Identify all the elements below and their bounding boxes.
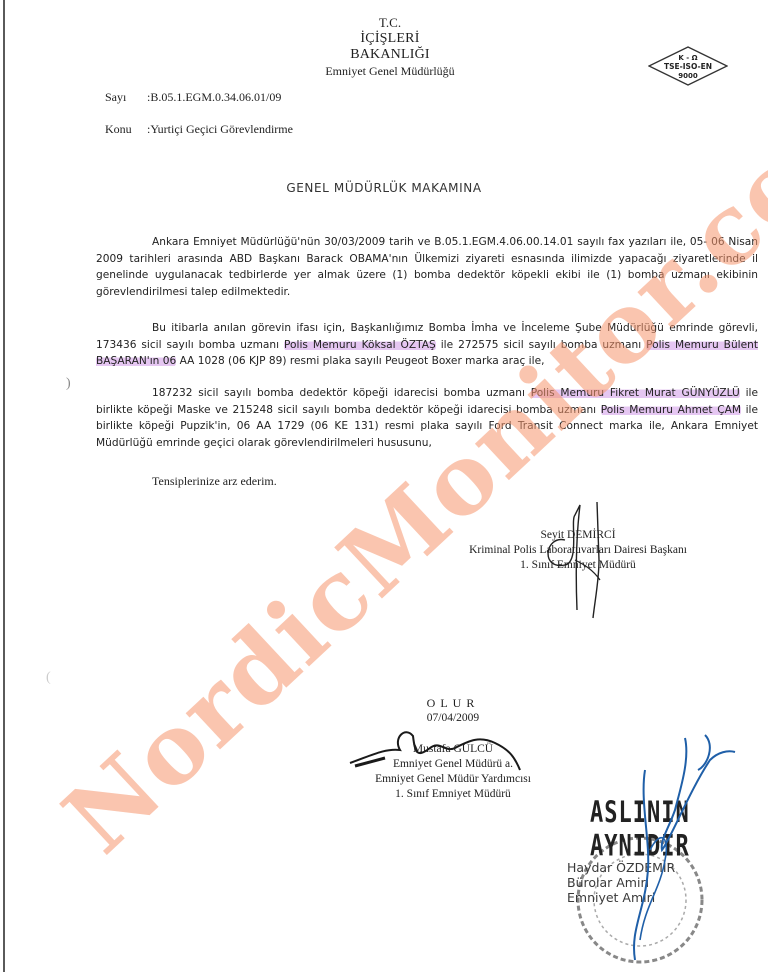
approver-title-1: Emniyet Genel Müdürü a. xyxy=(348,757,558,772)
approver-title-2: Emniyet Genel Müdür Yardımcısı xyxy=(348,772,558,787)
tse-iso-certification-logo-icon: K - Ω TSE-ISO-EN 9000 xyxy=(648,46,728,86)
highlighted-officer-name: Polis Memuru Köksal ÖZTAŞ xyxy=(284,339,436,351)
scan-artifact: ( xyxy=(46,670,51,686)
subject-label: Konu xyxy=(105,122,147,137)
reference-number: Sayı:B.05.1.EGM.0.34.06.01/09 xyxy=(105,90,281,105)
paragraph-assignment-1: Bu itibarla anılan görevin ifası için, B… xyxy=(96,320,758,370)
signatory-rank: 1. Sınıf Emniyet Müdürü xyxy=(448,558,708,573)
subject-value: :Yurtiçi Geçici Görevlendirme xyxy=(147,122,293,136)
signatory-title: Kriminal Polis Laboratuvarları Dairesi B… xyxy=(448,543,708,558)
reference-label: Sayı xyxy=(105,90,147,105)
svg-text:K - Ω: K - Ω xyxy=(678,54,697,62)
paragraph-request: Ankara Emniyet Müdürlüğü'nün 30/03/2009 … xyxy=(96,234,758,300)
approver-name: Mustafa GÜLCÜ xyxy=(348,742,558,757)
letterhead-republic: T.C. xyxy=(320,15,460,31)
letterhead-ministry: İÇİŞLERİ BAKANLIĞI xyxy=(320,31,460,63)
svg-text:TSE-ISO-EN: TSE-ISO-EN xyxy=(664,62,712,71)
subject-line: Konu:Yurtiçi Geçici Görevlendirme xyxy=(105,122,293,137)
letterhead-directorate: Emniyet Genel Müdürlüğü xyxy=(320,63,460,79)
document-title: GENEL MÜDÜRLÜK MAKAMINA xyxy=(0,181,768,195)
page-left-edge xyxy=(3,0,5,972)
approval-date: 07/04/2009 xyxy=(348,711,558,726)
text-segment: 187232 sicil sayılı bomba dedektör köpeğ… xyxy=(152,387,531,399)
signature-block-approval: OLUR 07/04/2009 Mustafa GÜLCÜ Emniyet Ge… xyxy=(348,696,558,802)
certified-copy-stamp: ASLININ AYNIDIR Haydar ÖZDEMİR Bürolar A… xyxy=(560,730,768,970)
reference-value: :B.05.1.EGM.0.34.06.01/09 xyxy=(147,90,281,104)
text-segment: AA 1028 (06 KJP 89) resmi plaka sayılı P… xyxy=(176,355,544,367)
approver-rank: 1. Sınıf Emniyet Müdürü xyxy=(348,787,558,802)
scan-artifact: ) xyxy=(66,376,71,392)
highlighted-officer-name: Polis Memuru Fikret Murat GÜNYÜZLÜ xyxy=(531,387,740,399)
signature-block-department-head: Seyit DEMİRCİ Kriminal Polis Laboratuvar… xyxy=(448,528,708,573)
highlighted-officer-name: Polis Memuru Ahmet ÇAM xyxy=(601,404,741,416)
closing-text: Tensiplerinize arz ederim. xyxy=(152,474,277,488)
approval-label: OLUR xyxy=(348,696,558,711)
signatory-name: Seyit DEMİRCİ xyxy=(448,528,708,543)
letterhead: T.C. İÇİŞLERİ BAKANLIĞI Emniyet Genel Mü… xyxy=(320,15,460,79)
text-segment: ile 272575 sicil sayılı bomba uzmanı xyxy=(436,339,646,351)
svg-text:9000: 9000 xyxy=(678,72,698,80)
closing-line: Tensiplerinize arz ederim. xyxy=(96,473,758,490)
paragraph-assignment-2: 187232 sicil sayılı bomba dedektör köpeğ… xyxy=(96,385,758,451)
blue-ink-signature-icon xyxy=(590,730,740,965)
paragraph-request-text: Ankara Emniyet Müdürlüğü'nün 30/03/2009 … xyxy=(96,236,758,298)
